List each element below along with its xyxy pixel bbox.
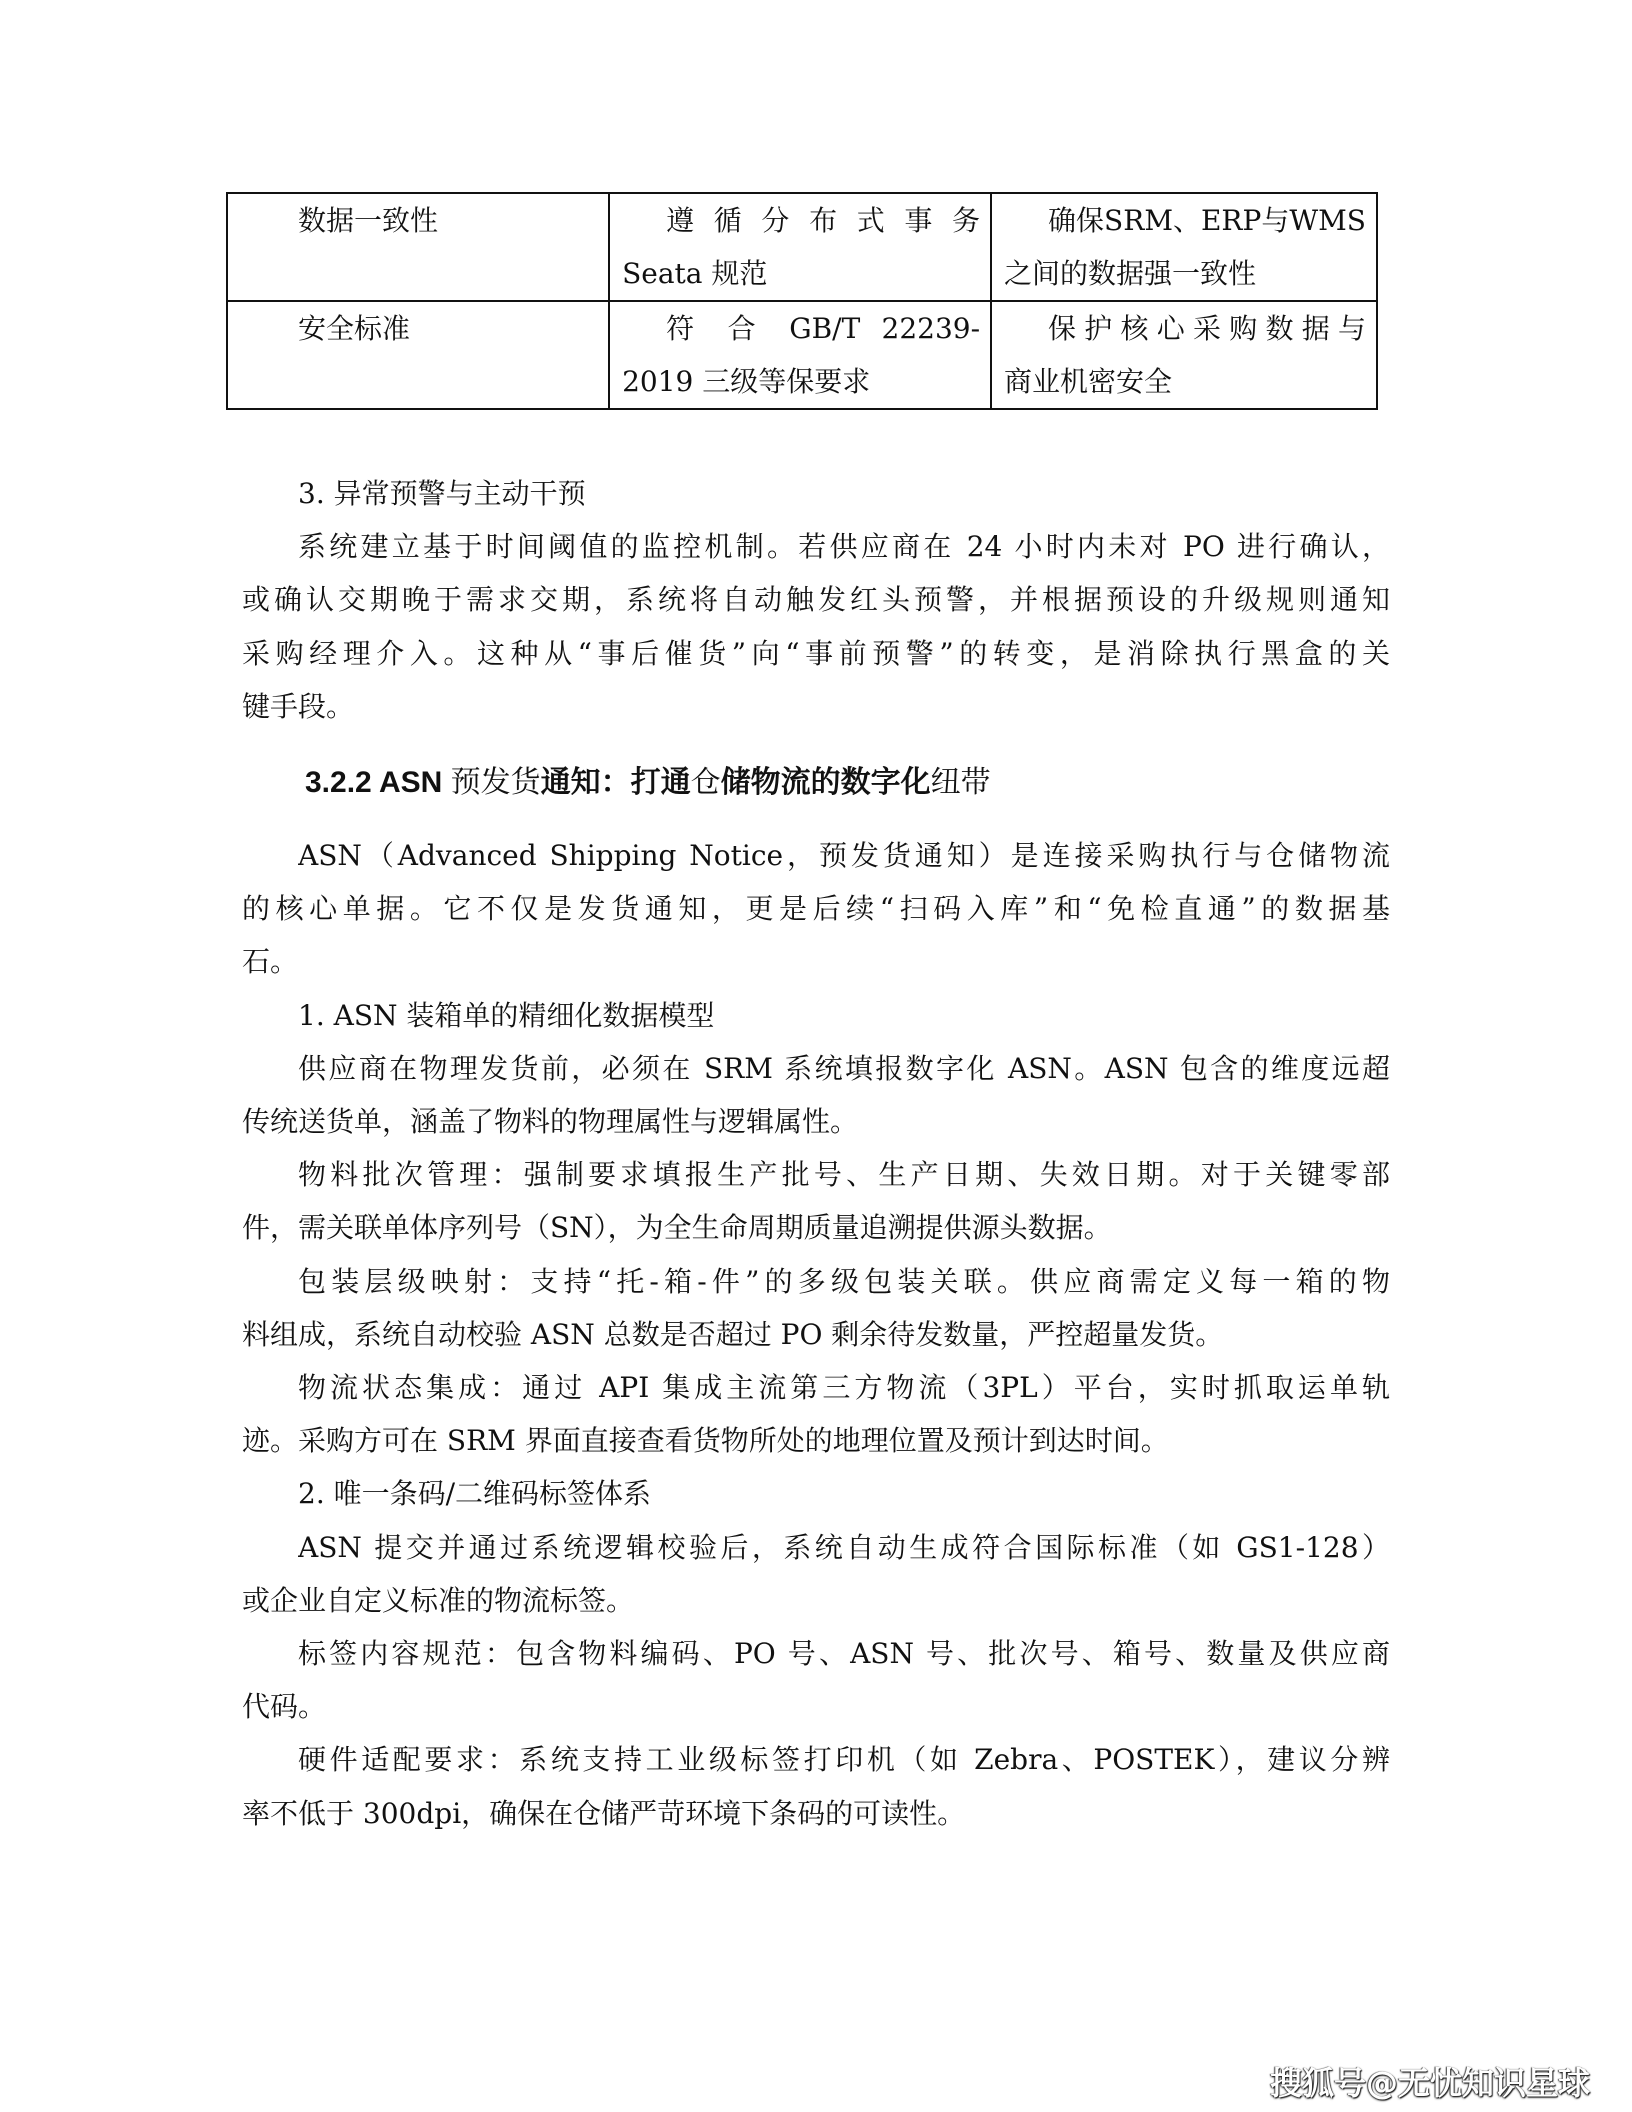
heading-text: 通知：打通	[541, 766, 691, 799]
spec-table: 数据一致性 遵 循 分 布 式 事 务 Seata 规范 确保SRM、ERP与W…	[226, 192, 1378, 410]
paragraph-line: 传统送货单，涵盖了物料的物理属性与逻辑属性。	[242, 1095, 1390, 1148]
paragraph-line: 或企业自定义标准的物流标签。	[242, 1574, 1390, 1627]
paragraph-line: 系统建立基于时间阈值的监控机制。若供应商在 24 小时内未对 PO 进行确认，	[298, 520, 1390, 573]
paragraph-line: 供应商在物理发货前，必须在 SRM 系统填报数字化 ASN。ASN 包含的维度远…	[298, 1042, 1390, 1095]
paragraph-line: 采购经理介入。这种从“事后催货”向“事前预警”的转变，是消除执行黑盒的关	[242, 627, 1390, 680]
cell-text: 符 合 GB/T 22239-	[610, 302, 990, 355]
table-cell-purpose: 确保SRM、ERP与WMS 之间的数据强一致性	[991, 193, 1377, 301]
section-heading: 3.2.2 ASN 预发货通知：打通仓储物流的数字化纽带	[305, 758, 991, 808]
cell-text: 确保SRM、ERP与WMS	[992, 194, 1376, 247]
list-item-title: 3. 异常预警与主动干预	[298, 467, 1390, 520]
table-cell-name: 数据一致性	[227, 193, 609, 301]
paragraph-line: 物流状态集成：通过 API 集成主流第三方物流（3PL）平台，实时抓取运单轨	[298, 1361, 1390, 1414]
paragraph-line: 料组成，系统自动校验 ASN 总数是否超过 PO 剩余待发数量，严控超量发货。	[242, 1308, 1390, 1361]
paragraph-line: 物料批次管理：强制要求填报生产批号、生产日期、失效日期。对于关键零部	[298, 1148, 1390, 1201]
paragraph-line: 件，需关联单体序列号（SN），为全生命周期质量追溯提供源头数据。	[242, 1201, 1390, 1254]
paragraph-line: 包装层级映射：支持“托-箱-件”的多级包装关联。供应商需定义每一箱的物	[298, 1255, 1390, 1308]
heading-text: 仓	[691, 765, 721, 800]
paragraph-line: 的核心单据。它不仅是发货通知，更是后续“扫码入库”和“免检直通”的数据基	[242, 882, 1390, 935]
cell-text: 商业机密安全	[992, 355, 1376, 408]
watermark: 搜狐号@无忧知识星球	[1270, 2058, 1590, 2104]
heading-text: 预发货	[451, 765, 541, 800]
cell-text: 2019 三级等保要求	[610, 355, 990, 408]
cell-text: 保护核心采购数据与	[992, 302, 1376, 355]
list-item-title: 2. 唯一条码/二维码标签体系	[298, 1467, 1390, 1520]
paragraph-line: 石。	[242, 935, 1390, 988]
paragraph-line: 率不低于 300dpi，确保在仓储严苛环境下条码的可读性。	[242, 1787, 1390, 1840]
paragraph-line: 代码。	[242, 1680, 1390, 1733]
table-row: 安全标准 符 合 GB/T 22239- 2019 三级等保要求 保护核心采购数…	[227, 301, 1377, 409]
cell-text: 数据一致性	[228, 194, 608, 247]
table-cell-purpose: 保护核心采购数据与 商业机密安全	[991, 301, 1377, 409]
heading-text: 储物流的数字化	[721, 766, 931, 799]
list-item-title: 1. ASN 装箱单的精细化数据模型	[298, 989, 1390, 1042]
paragraph-line: 标签内容规范：包含物料编码、PO 号、ASN 号、批次号、箱号、数量及供应商	[298, 1627, 1390, 1680]
paragraph-line: 键手段。	[242, 680, 1390, 733]
table-cell-requirement: 符 合 GB/T 22239- 2019 三级等保要求	[609, 301, 991, 409]
heading-number: 3.2.2 ASN	[305, 766, 451, 799]
paragraph-line: 或确认交期晚于需求交期，系统将自动触发红头预警，并根据预设的升级规则通知	[242, 573, 1390, 626]
table-cell-requirement: 遵 循 分 布 式 事 务 Seata 规范	[609, 193, 991, 301]
paragraph-line: ASN（Advanced Shipping Notice，预发货通知）是连接采购…	[298, 829, 1390, 882]
cell-text: Seata 规范	[610, 247, 990, 300]
paragraph-line: ASN 提交并通过系统逻辑校验后，系统自动生成符合国际标准（如 GS1-128）	[298, 1521, 1390, 1574]
heading-text: 纽带	[931, 765, 991, 800]
table-cell-name: 安全标准	[227, 301, 609, 409]
table-row: 数据一致性 遵 循 分 布 式 事 务 Seata 规范 确保SRM、ERP与W…	[227, 193, 1377, 301]
paragraph-line: 硬件适配要求：系统支持工业级标签打印机（如 Zebra、POSTEK），建议分辨	[298, 1733, 1390, 1786]
cell-text: 遵 循 分 布 式 事 务	[610, 194, 990, 247]
paragraph-line: 迹。采购方可在 SRM 界面直接查看货物所处的地理位置及预计到达时间。	[242, 1414, 1390, 1467]
cell-text: 安全标准	[228, 302, 608, 355]
cell-text: 之间的数据强一致性	[992, 247, 1376, 300]
